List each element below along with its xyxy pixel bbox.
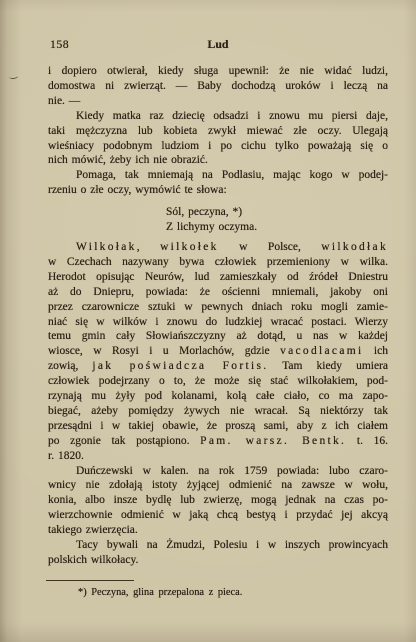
- text-line: rzeniu o złe oczy, wymówić te słowa:: [48, 183, 388, 198]
- verse-line: Z lichymy oczyma.: [166, 220, 388, 235]
- text-line: wierzchownie odmienić w jaką chcą bestyą…: [48, 508, 388, 523]
- emphasized-citation: Pam. warsz. Bentk.: [200, 435, 346, 447]
- paragraph-3: Pomaga, tak mniemają na Podlasiu, mając …: [48, 168, 388, 198]
- emphasized-citation: jak poświadcza Fortis.: [92, 360, 268, 372]
- scanned-book-page: 158 Lud i dopiero otwierał, kiedy sługa …: [0, 0, 416, 642]
- text-line: przesądni i w takiej obawie, że proszą s…: [48, 419, 388, 434]
- text-line: i dopiero otwierał, kiedy sługa upewnił:…: [48, 64, 388, 79]
- text-line: biegać, ażeby pomiędzy żywych nie wracał…: [48, 404, 388, 419]
- emphasized-word: wilkodłak: [321, 241, 388, 253]
- text-line: wieśniacy podobnym ludziom i po cichu ty…: [48, 139, 388, 154]
- text-line: konia, albo insze bydlę lub zwierzę, mog…: [48, 493, 388, 508]
- text-line: po zgonie tak postąpiono. Pam. warsz. Be…: [48, 434, 388, 449]
- running-title: Lud: [48, 37, 388, 51]
- paragraph-4: Wilkołak, wilkołek w Polsce, wilkodłak w…: [48, 240, 388, 464]
- text-segment: wiosce, w Rosyi i u Morlachów, gdzie: [48, 345, 280, 357]
- text-line: Tacy bywali na Żmudzi, Polesiu i w inszy…: [48, 538, 388, 553]
- paragraph-5: Duńczewski w kalen. na rok 1759 powiada:…: [48, 464, 388, 539]
- text-segment: w Polsce,: [219, 241, 322, 253]
- text-line: wnicy nie zdołają istoty żyjącej odmieni…: [48, 478, 388, 493]
- page-header: 158 Lud: [48, 37, 388, 51]
- text-line: domostwa ni zwierząt. — Baby dochodzą ur…: [48, 79, 388, 94]
- text-segment: zowią,: [48, 360, 92, 372]
- text-line: r. 1820.: [48, 449, 388, 464]
- text-line: człowiek podejrzany o to, że może się st…: [48, 374, 388, 389]
- footnote-separator-rule: [46, 580, 134, 581]
- text-line: Wilkołak, wilkołek w Polsce, wilkodłak: [48, 240, 388, 255]
- text-line: przez czarownicze sztuki w pewnych dniac…: [48, 300, 388, 315]
- text-line: aż do Dniepru, powiada: że ościenni mnie…: [48, 285, 388, 300]
- paragraph-6: Tacy bywali na Żmudzi, Polesiu i w inszy…: [48, 538, 388, 568]
- emphasized-word: vacodlacami: [280, 345, 363, 357]
- text-line: taki mężczyzna lub kobieta zwykł miewać …: [48, 124, 388, 139]
- text-segment: Tam kiedy umiera: [268, 360, 388, 372]
- text-line: temu gmin cały Słowiańszczyzny aż dotąd,…: [48, 329, 388, 344]
- text-column: i dopiero otwierał, kiedy sługa upewnił:…: [48, 64, 388, 568]
- text-line: Duńczewski w kalen. na rok 1759 powiada:…: [48, 464, 388, 479]
- text-line: Herodot opisując Neurów, lud zamieszkały…: [48, 270, 388, 285]
- text-segment: po zgonie tak postąpiono.: [48, 435, 200, 447]
- text-line: polskich wilkołacy.: [48, 553, 388, 568]
- text-line: niać się w wilków i znowu do ludzkiej wr…: [48, 315, 388, 330]
- verse-line: Sól, peczyna, *): [166, 205, 388, 220]
- verse-block: Sól, peczyna, *) Z lichymy oczyma.: [166, 205, 388, 235]
- text-segment: ,: [137, 241, 160, 253]
- emphasized-word: Wilkołak: [76, 241, 137, 253]
- emphasized-word: wilkołek: [160, 241, 219, 253]
- text-line: Kiedy matka raz dziecię odsadzi i znowu …: [48, 109, 388, 124]
- text-line: nie. —: [48, 94, 388, 109]
- text-segment: t. 16.: [346, 435, 388, 447]
- text-line: rzynają mu żyły pod kolanami, kolą całe …: [48, 389, 388, 404]
- scan-artifact-mark: [9, 73, 19, 80]
- text-line: Pomaga, tak mniemają na Podlasiu, mając …: [48, 168, 388, 183]
- paragraph-2: Kiedy matka raz dziecię odsadzi i znowu …: [48, 109, 388, 169]
- text-line: takiego zwierzęcia.: [48, 523, 388, 538]
- footnote-text: *) Peczyna, glina przepalona z pieca.: [48, 586, 388, 600]
- text-line: nich mówić, żeby ich nie obrazić.: [48, 153, 388, 168]
- text-line: wiosce, w Rosyi i u Morlachów, gdzie vac…: [48, 344, 388, 359]
- paragraph-1: i dopiero otwierał, kiedy sługa upewnił:…: [48, 64, 388, 109]
- text-line: zowią, jak poświadcza Fortis. Tam kiedy …: [48, 359, 388, 374]
- text-line: w Czechach nazywany bywa człowiek przemi…: [48, 255, 388, 270]
- text-segment: ich: [363, 345, 388, 357]
